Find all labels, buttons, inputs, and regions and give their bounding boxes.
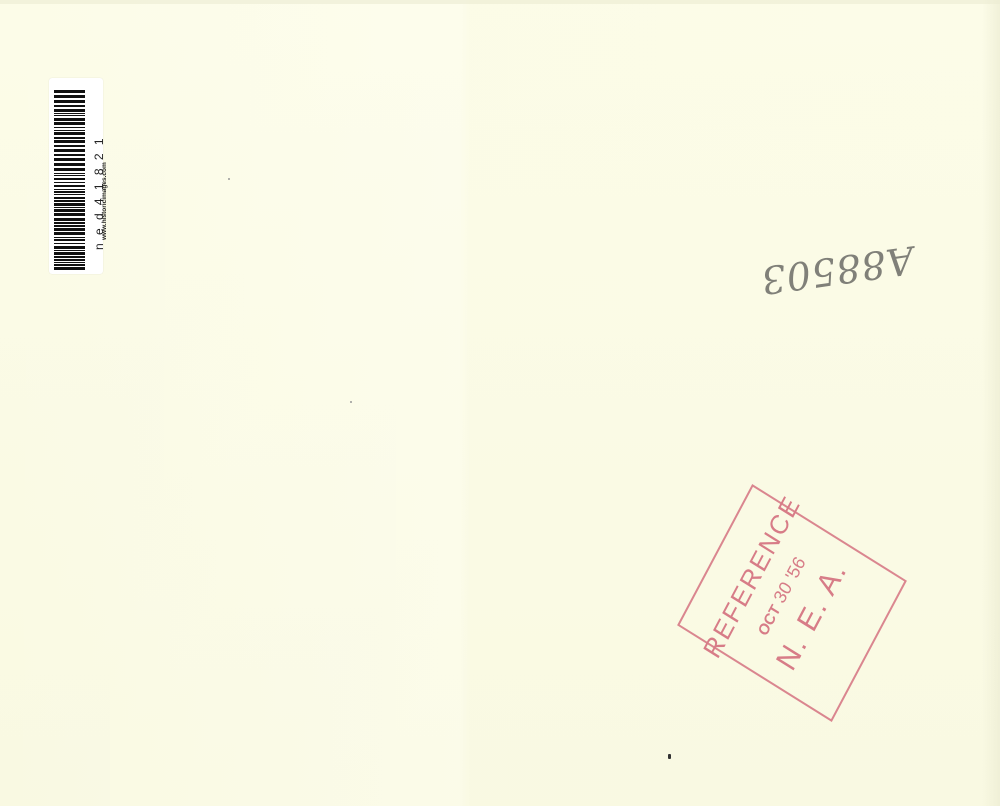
- paper-right-edge: [982, 0, 1000, 806]
- ink-speck: [668, 754, 671, 759]
- paper-mark: [350, 401, 352, 403]
- barcode-url: www.historicimages.com: [101, 162, 108, 240]
- barcode-icon: [54, 90, 85, 270]
- paper-top-edge: [0, 0, 1000, 4]
- stamp-date-month: OCT: [755, 602, 784, 639]
- paper-mark: [228, 178, 230, 180]
